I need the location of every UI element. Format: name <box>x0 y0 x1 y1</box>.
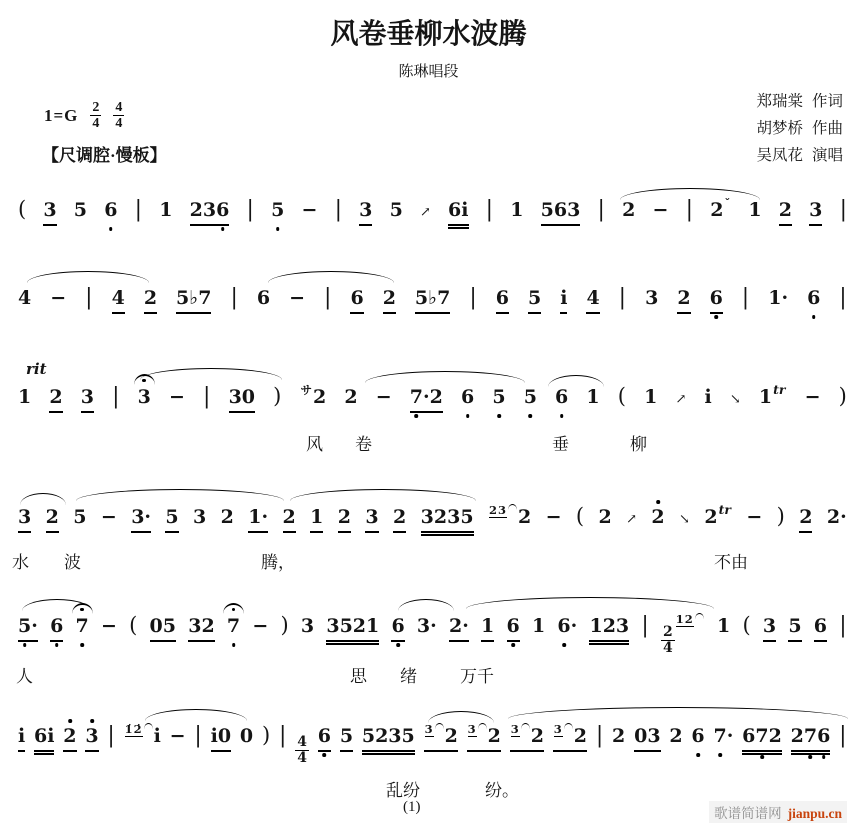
note-token: 2 <box>46 507 59 533</box>
note-token: 5 <box>165 507 178 533</box>
note-token: 276 <box>791 726 831 752</box>
note-char: 6 <box>507 616 520 638</box>
lyric-syllable: 人 <box>16 662 33 687</box>
note-token: 5 <box>271 200 284 222</box>
grace-notes: 3 <box>511 722 520 737</box>
note-token: 5 <box>73 507 86 529</box>
watermark-site-name: 歌谱简谱网 <box>714 806 782 821</box>
sheet-music-page: { "header": { "title": "风卷垂柳水波腾", "subti… <box>0 0 857 831</box>
note-char: 3 <box>203 200 216 222</box>
lyric-syllable: 绪 <box>400 662 417 687</box>
barline: | <box>840 197 847 222</box>
grace-tie-icon <box>521 723 530 729</box>
note-token: 2 <box>669 726 682 748</box>
note-token: 6 <box>350 288 363 314</box>
note-token: 2ˇ <box>710 197 731 222</box>
note-token: 1 <box>510 200 523 222</box>
note-token: 32 <box>553 723 587 752</box>
note-char: 2 <box>651 507 664 529</box>
grace-tie-icon <box>695 613 704 619</box>
lyric-syllable: 水 <box>12 548 29 573</box>
grace-tie-icon <box>564 723 573 729</box>
slur-arc <box>365 371 525 383</box>
lyric-syllable: 风 <box>306 430 323 455</box>
dash-extension: − <box>376 387 392 409</box>
dash-extension: − <box>746 507 762 529</box>
lyric-syllable: 腾， <box>261 548 295 573</box>
note-token: 6 <box>50 616 63 642</box>
note-char: 5 <box>271 200 284 222</box>
note-token: 4 <box>586 288 599 314</box>
parenthesis: ) <box>273 384 281 408</box>
music-line-5: 5·67−(05327−)3352163·2·1616·123|24121(35… <box>18 613 847 657</box>
note-token: 1 <box>644 387 657 409</box>
note-char: 5 <box>18 616 31 638</box>
note-token: 32 <box>510 723 544 752</box>
dash-extension: − <box>805 387 821 409</box>
parenthesis: ) <box>777 504 785 528</box>
lyric-syllable: 万千 <box>460 662 494 687</box>
note-token: 2 <box>344 387 357 409</box>
note-char: 7 <box>227 616 240 638</box>
note-char: 2 <box>769 726 782 748</box>
note-token: 3521 <box>326 616 379 642</box>
lyric-syllable: 乱纷 <box>386 776 420 801</box>
note-token: 2 <box>598 507 611 529</box>
note-token: 2 <box>799 507 812 533</box>
note-char: 7 <box>804 726 817 748</box>
note-char: 7 <box>755 726 768 748</box>
note-token: 6 <box>814 616 827 642</box>
slur-arc <box>290 489 476 501</box>
note-token: 3235 <box>421 507 474 533</box>
note-token: 32 <box>424 723 458 752</box>
note-token: 1· <box>768 288 788 310</box>
parenthesis: ) <box>280 613 288 637</box>
note-token: 1 <box>18 387 31 409</box>
note-token: 4 <box>112 288 125 314</box>
note-token: 1 <box>586 387 599 409</box>
slur-arc <box>620 188 760 200</box>
grace-notes: 3 <box>554 722 563 737</box>
dash-extension: − <box>653 200 669 222</box>
note-char: 3 <box>85 726 98 748</box>
note-token: 1tr <box>759 383 787 409</box>
note-token: 30 <box>229 387 255 413</box>
time-numerator: 2 <box>661 625 675 640</box>
barline: | <box>839 613 846 638</box>
note-char: 6 <box>555 387 568 409</box>
note-token: 3 <box>359 200 372 226</box>
note-token: 5 <box>340 726 353 752</box>
note-token: 03 <box>634 726 660 752</box>
lyric-syllable: 思 <box>350 662 367 687</box>
note-token: 2 <box>779 200 792 226</box>
music-line-6: i6i23|1̇2̇i−|i00)|4465523532323232|20326… <box>18 723 847 767</box>
note-char: 6 <box>216 200 229 222</box>
note-char: 7 <box>713 726 726 748</box>
note-char: 2 <box>63 726 76 748</box>
note-token: 236 <box>190 200 230 226</box>
parenthesis: ( <box>618 384 626 408</box>
time-denominator: 4 <box>295 750 309 766</box>
time-fraction: 24 <box>661 625 675 657</box>
note-token: 6· <box>557 616 577 638</box>
note-token: 5 <box>528 288 541 314</box>
note-token: 7 <box>76 616 89 638</box>
time-numerator: 4 <box>295 735 309 750</box>
note-token: i <box>560 288 567 314</box>
note-token: 232 <box>488 504 531 529</box>
note-token: 3 <box>81 387 94 413</box>
lyric-syllable: 垂 <box>552 430 569 455</box>
portamento-icon: ↗ <box>420 206 431 221</box>
note-token: 123 <box>589 616 629 642</box>
watermark: 歌谱简谱网jianpu.cn <box>709 801 847 823</box>
barline: | <box>839 723 846 748</box>
note-char: 6 <box>807 288 820 310</box>
barline: | <box>135 197 142 222</box>
note-token: i <box>18 726 25 752</box>
note-char: 6 <box>817 726 830 748</box>
note-token: 2 <box>612 726 625 748</box>
note-char: 2 <box>190 200 203 222</box>
rit-tempo-mark: rit <box>26 360 47 378</box>
note-token: 6 <box>257 288 270 310</box>
note-char: · <box>423 387 430 409</box>
note-token: 2 <box>49 387 62 413</box>
note-char: 6 <box>318 726 331 748</box>
slur-arc <box>140 368 282 380</box>
note-token: 1 <box>748 200 761 222</box>
slur-arc <box>145 709 247 721</box>
portamento-icon: ↗ <box>675 393 686 408</box>
note-token: 563 <box>541 200 581 226</box>
barline: | <box>194 723 201 748</box>
slur-arc <box>20 493 66 505</box>
dash-extension: − <box>301 200 317 222</box>
note-char: 5 <box>524 387 537 409</box>
note-token: 4 <box>18 288 31 310</box>
note-token: 6 <box>461 387 474 409</box>
lyric-syllable: 纷。 <box>485 776 519 801</box>
barline: | <box>85 285 92 310</box>
barline: | <box>469 285 476 310</box>
note-token: 1 <box>159 200 172 222</box>
note-token: 6 <box>318 726 331 752</box>
grace-tie-icon <box>435 723 444 729</box>
parenthesis: ) <box>262 723 270 747</box>
note-token: 5 <box>390 200 403 222</box>
note-token: i0 <box>211 726 231 752</box>
note-char: 6 <box>691 726 704 748</box>
note-char: 2 <box>791 726 804 748</box>
note-token: サ2 <box>299 384 326 409</box>
note-token: 5 <box>74 200 87 222</box>
note-token: 6 <box>555 387 568 409</box>
parenthesis: ( <box>576 504 584 528</box>
note-token: 6 <box>710 288 723 314</box>
note-char: 7 <box>410 387 423 409</box>
barline: | <box>203 384 210 409</box>
barline: | <box>279 723 286 748</box>
barline: | <box>107 723 114 748</box>
parenthesis: ( <box>742 613 750 637</box>
watermark-domain-link[interactable]: jianpu.cn <box>788 806 842 821</box>
note-token: 7· <box>713 726 733 748</box>
slur-arc <box>508 707 848 719</box>
lyric-syllable: 波 <box>64 548 81 573</box>
lyric-syllable: 柳 <box>630 430 647 455</box>
note-token: 2 <box>651 507 664 529</box>
barline: | <box>641 613 648 638</box>
note-token: 6 <box>691 726 704 748</box>
note-token: 2 <box>283 507 296 533</box>
note-token: 5 <box>492 387 505 409</box>
note-token: 3 <box>645 288 658 310</box>
meter-change: 2412 <box>661 613 705 657</box>
grace-notes: 3 <box>468 722 477 737</box>
note-token: 2 <box>622 200 635 222</box>
meter-change: 44 <box>295 726 309 767</box>
music-line-4: 325−3·5321·212323235232−(2↗2↘2tr−)22· <box>18 503 847 533</box>
note-char: 6 <box>710 288 723 310</box>
time-fraction: 44 <box>295 735 309 767</box>
note-token: 1 <box>481 616 494 642</box>
grace-tie-icon <box>508 504 517 510</box>
barline: | <box>112 384 119 409</box>
parenthesis: ( <box>129 613 137 637</box>
dash-extension: − <box>169 387 185 409</box>
note-token: 6 <box>507 616 520 642</box>
note-token: 6i <box>34 726 54 752</box>
note-char: 6 <box>50 616 63 638</box>
dash-extension: − <box>101 616 117 638</box>
barline: | <box>246 197 253 222</box>
note-token: 0 <box>240 726 253 748</box>
note-token: 1̇2̇i <box>124 723 161 748</box>
note-token: 3 <box>763 616 776 642</box>
note-token: 3· <box>131 507 151 533</box>
note-token: 3 <box>85 726 98 752</box>
note-token: 5 <box>788 616 801 642</box>
dash-extension: − <box>50 288 66 310</box>
note-char: 2 <box>430 387 443 409</box>
note-token: 1 <box>310 507 323 533</box>
dash-extension: − <box>101 507 117 529</box>
note-char: 6 <box>104 200 117 222</box>
note-char: · <box>31 616 38 638</box>
note-token: 3 <box>138 387 151 409</box>
trill-mark: tr <box>719 502 731 517</box>
slur-arc <box>428 711 494 723</box>
note-token: 5♭7 <box>415 288 450 314</box>
note-token: 3 <box>301 616 314 638</box>
note-token: 3 <box>193 507 206 529</box>
ornament-mark: サ <box>300 383 312 397</box>
slur-arc <box>27 271 149 283</box>
slur-arc <box>76 489 284 501</box>
dash-extension: − <box>289 288 305 310</box>
trill-mark: tr <box>773 382 785 397</box>
parenthesis: ) <box>839 384 847 408</box>
grace-tie-icon <box>144 723 153 729</box>
grace-notes: 3 <box>425 722 434 737</box>
note-token: 1 <box>717 616 730 638</box>
note-char: · <box>571 616 578 638</box>
slur-arc <box>548 375 604 387</box>
note-token: 3 <box>365 507 378 533</box>
note-token: 2· <box>827 507 847 529</box>
portamento-icon: ↗ <box>626 513 637 528</box>
note-token: 2· <box>449 616 469 642</box>
grace-notes: 1̇2̇ <box>125 722 143 737</box>
lyric-syllable: 不由 <box>714 548 748 573</box>
note-char: 6 <box>391 616 404 638</box>
note-token: 5♭7 <box>176 288 211 314</box>
note-char: 5 <box>492 387 505 409</box>
parenthesis: ( <box>18 197 26 221</box>
note-char: · <box>727 726 734 748</box>
note-token: 32 <box>467 723 501 752</box>
music-line-2: 4−|425♭7|6−|625♭7|65i4|326|1·6| <box>18 285 847 314</box>
note-token: 3 <box>43 200 56 226</box>
slur-arc <box>466 597 714 609</box>
barline: | <box>324 285 331 310</box>
note-token: 6 <box>496 288 509 314</box>
page-number: (1) <box>403 799 421 816</box>
music-line-3: 123|3−|30)サ22−7·265561(1↗i↘1tr−) <box>18 383 847 413</box>
note-token: 2 <box>63 726 76 752</box>
note-token: 7 <box>227 616 240 638</box>
note-token: 05 <box>150 616 176 642</box>
score-area: (356|1236|5−|35↗6i|1563|2−|2ˇ123|4−|425♭… <box>0 0 857 831</box>
barline: | <box>230 285 237 310</box>
note-token: 2 <box>393 507 406 533</box>
portamento-icon: ↘ <box>679 513 690 528</box>
time-denominator: 4 <box>661 640 675 656</box>
slur-arc <box>268 271 394 283</box>
portamento-icon: ↘ <box>730 393 741 408</box>
barline: | <box>598 197 605 222</box>
lyric-syllable: 卷 <box>355 430 372 455</box>
note-token: 3 <box>809 200 822 226</box>
note-token: 2 <box>221 507 234 529</box>
barline: | <box>839 285 846 310</box>
note-char: 6 <box>557 616 570 638</box>
dash-extension: − <box>546 507 562 529</box>
note-token: 5235 <box>362 726 415 752</box>
barline: | <box>619 285 626 310</box>
note-token: 6 <box>807 288 820 310</box>
note-token: 6 <box>104 200 117 222</box>
slur-arc <box>398 599 454 611</box>
note-token: 6i <box>448 200 468 226</box>
note-token: 1 <box>532 616 545 638</box>
slur-arc <box>22 599 92 611</box>
note-char: 6 <box>742 726 755 748</box>
note-char: 7 <box>76 616 89 638</box>
grace-tie-icon <box>478 723 487 729</box>
note-token: 5 <box>524 387 537 409</box>
note-token: i <box>704 387 711 409</box>
note-token: 3· <box>417 616 437 638</box>
note-token: 32 <box>188 616 214 642</box>
barline: | <box>596 723 603 748</box>
note-token: 5· <box>18 616 38 642</box>
note-char: 6 <box>461 387 474 409</box>
grace-notes: 12 <box>676 612 694 627</box>
note-token: 3 <box>18 507 31 533</box>
note-token: 2 <box>383 288 396 314</box>
note-token: 7·2 <box>410 387 443 413</box>
note-token: 2 <box>677 288 690 314</box>
note-token: 2 <box>144 288 157 314</box>
barline: | <box>686 197 693 222</box>
barline: | <box>486 197 493 222</box>
barline: | <box>335 197 342 222</box>
note-token: 6 <box>391 616 404 642</box>
music-line-1: (356|1236|5−|35↗6i|1563|2−|2ˇ123| <box>18 197 847 226</box>
note-token: 2tr <box>704 503 732 529</box>
barline: | <box>742 285 749 310</box>
dash-extension: − <box>252 616 268 638</box>
note-token: 2 <box>338 507 351 533</box>
note-token: 1· <box>248 507 268 533</box>
note-token: 672 <box>742 726 782 752</box>
grace-notes: 23 <box>489 503 507 518</box>
dash-extension: − <box>170 726 186 748</box>
